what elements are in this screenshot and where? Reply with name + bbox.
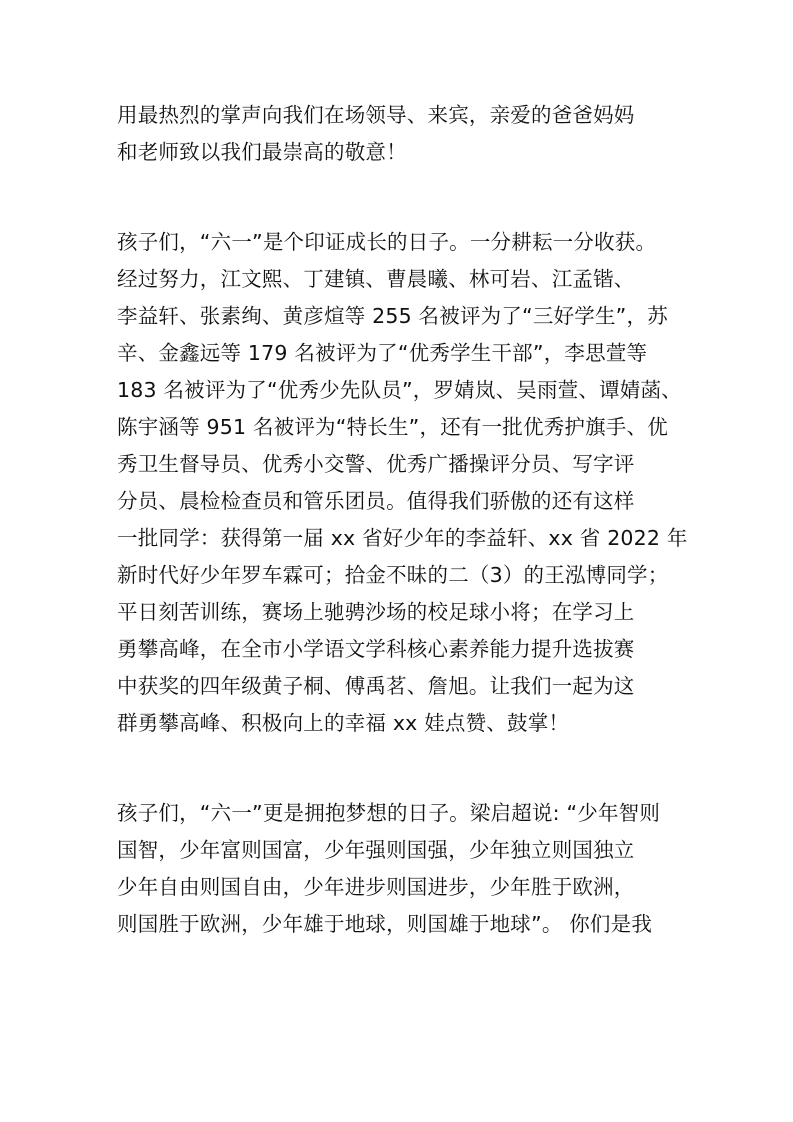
text-line: 少年自由则国自由，少年进步则国进步，少年胜于欧洲， [117,869,697,906]
text-line: 陈宇涵等 951 名被评为“特长生”，还有一批优秀护旗手、优 [117,409,697,446]
text-line: 一批同学：获得第一届 xx 省好少年的李益轩、xx 省 2022 年 [117,520,697,557]
text-line: 孩子们，“六一”是个印证成长的日子。一分耕耘一分收获。 [117,224,697,261]
text-line: 分员、晨检检查员和管乐团员。值得我们骄傲的还有这样 [117,483,697,520]
paragraph-gap [117,171,697,224]
text-line: 秀卫生督导员、优秀小交警、优秀广播操评分员、写字评 [117,446,697,483]
text-line: 李益轩、张素绚、黄彦煊等 255 名被评为了“三好学生”，苏 [117,298,697,335]
text-line: 平日刻苦训练，赛场上驰骋沙场的校足球小将；在学习上 [117,594,697,631]
text-line: 用最热烈的掌声向我们在场领导、来宾，亲爱的爸爸妈妈 [117,97,697,134]
text-line: 经过努力，江文熙、丁建镇、曹晨曦、林可岩、江孟锴、 [117,261,697,298]
text-line: 勇攀高峰，在全市小学语文学科核心素养能力提升选拔赛 [117,631,697,668]
text-line: 孩子们，“六一”更是拥抱梦想的日子。梁启超说: “少年智则 [117,795,697,832]
text-line: 中获奖的四年级黄子桐、傅禹茗、詹旭。让我们一起为这 [117,668,697,705]
text-line: 国智，少年富则国富，少年强则国强，少年独立则国独立 [117,832,697,869]
document-page: 用最热烈的掌声向我们在场领导、来宾，亲爱的爸爸妈妈 和老师致以我们最崇高的敬意！… [117,97,697,943]
text-line: 183 名被评为了“优秀少先队员”，罗婧岚、吴雨萱、谭婧菡、 [117,372,697,409]
paragraph-greeting: 用最热烈的掌声向我们在场领导、来宾，亲爱的爸爸妈妈 和老师致以我们最崇高的敬意！ [117,97,697,171]
text-line: 辛、金鑫远等 179 名被评为了“优秀学生干部”，李思萱等 [117,335,697,372]
paragraph-achievements: 孩子们，“六一”是个印证成长的日子。一分耕耘一分收获。 经过努力，江文熙、丁建镇… [117,224,697,742]
text-line: 群勇攀高峰、积极向上的幸福 xx 娃点赞、鼓掌！ [117,705,697,742]
text-line: 则国胜于欧洲，少年雄于地球，则国雄于地球”。 你们是我 [117,906,697,943]
paragraph-gap [117,742,697,795]
text-line: 和老师致以我们最崇高的敬意！ [117,134,697,171]
paragraph-dreams: 孩子们，“六一”更是拥抱梦想的日子。梁启超说: “少年智则 国智，少年富则国富，… [117,795,697,943]
text-line: 新时代好少年罗车霖可；拾金不昧的二（3）的王泓博同学； [117,557,697,594]
